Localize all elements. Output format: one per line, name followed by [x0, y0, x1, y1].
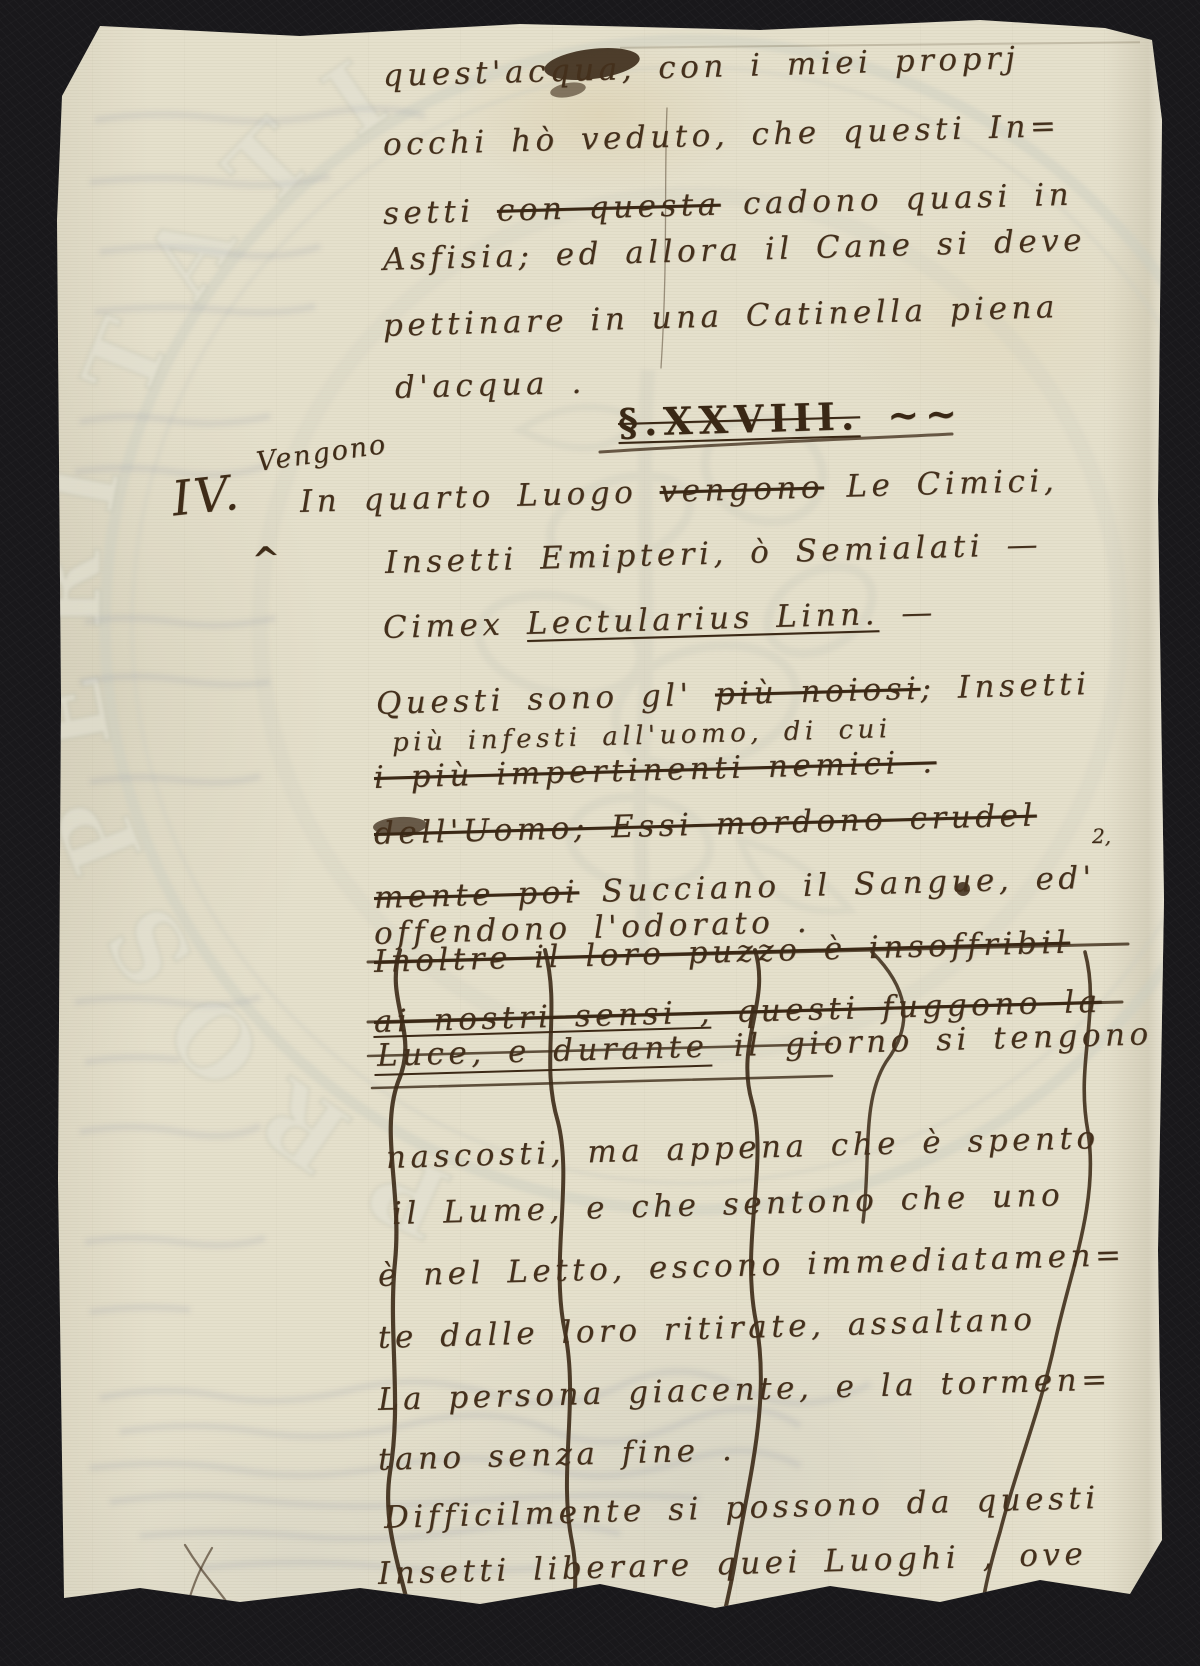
handwritten-text: La persona giacente, e la tormen= — [377, 1362, 1112, 1418]
handwritten-text: Luce, e durante — [373, 1027, 712, 1076]
handwritten-text: ; Insetti — [920, 666, 1091, 707]
struck-text: dell'Uomo; Essi mordono crudel — [373, 797, 1037, 851]
handwritten-text: d'acqua . — [394, 365, 586, 406]
handwritten-text: Le Cimici, — [823, 463, 1058, 506]
handwritten-text: Asfisia; ed allora il Cane si deve — [382, 222, 1086, 278]
handwritten-text: pettinare in una Catinella piena — [382, 289, 1059, 344]
catchword: una — [1008, 1590, 1063, 1620]
handwritten-text: è nel Letto, escono immediatamen= — [377, 1237, 1125, 1294]
handwritten-text: Insetti liberare quei Luoghi , ove — [377, 1536, 1087, 1592]
manuscript-line: Asfisia; ed allora il Cane si deve — [382, 222, 1086, 278]
caret-mark: ^ — [251, 539, 282, 581]
manuscript-line: nascosti, ma appena che è spento — [385, 1120, 1100, 1176]
struck-text: vengono — [659, 469, 824, 510]
handwritten-text: — — [878, 595, 937, 633]
struck-text: più noiosi — [714, 671, 921, 713]
struck-text: con questa — [496, 187, 721, 229]
scan-background: ITATIREPSORP — [0, 0, 1200, 1666]
handwritten-text: cadono quasi in — [720, 177, 1073, 223]
struck-text: §.XXVIII. — [617, 393, 860, 445]
handwritten-text: quest'acqua, con i miei proprj — [382, 40, 1019, 94]
manuscript-line: In quarto Luogo vengono Le Cimici, — [299, 463, 1058, 520]
manuscript-line: tano senza fine . — [377, 1432, 736, 1478]
handwritten-text: nascosti, ma appena che è spento — [385, 1120, 1100, 1176]
handwritten-text: Lectularius Linn. — [526, 596, 879, 642]
struck-text: mente poi — [373, 874, 579, 916]
manuscript-line: quest'acqua, con i miei proprj — [382, 40, 1019, 94]
manuscript-line: Cimex Lectularius Linn. — — [382, 595, 937, 646]
manuscript-paper: ITATIREPSORP — [0, 0, 1200, 1666]
section-heading: §.XXVIII. ~~ — [617, 390, 963, 445]
handwritten-text: Insetti Emipteri, ò Semialati — — [384, 527, 1042, 581]
manuscript-line: Insetti liberare quei Luoghi , ove — [377, 1536, 1087, 1592]
handwritten-text: Succiano il Sangue, ed' — [579, 860, 1096, 910]
manuscript-line: è nel Letto, escono immediatamen= — [377, 1237, 1125, 1294]
handwritten-text: occhi hò veduto, che questi In= — [382, 108, 1060, 163]
handwritten-text: te dalle loro ritirate, assaltano — [377, 1302, 1036, 1356]
manuscript-line: La persona giacente, e la tormen= — [377, 1362, 1112, 1418]
margin-numeral: IV. — [169, 465, 244, 528]
manuscript-line: il Lume, e che sentono che uno — [391, 1177, 1064, 1232]
manuscript-line: setti con questa cadono quasi in — [382, 177, 1073, 232]
handwritten-text: Questi sono gl' — [375, 677, 715, 722]
manuscript-text: quest'acqua, con i miei proprjocchi hò v… — [0, 0, 1200, 1666]
manuscript-line: d'acqua . — [394, 365, 586, 406]
manuscript-line: Insetti Emipteri, ò Semialati — — [384, 527, 1042, 581]
handwritten-text: tano senza fine . — [377, 1432, 736, 1478]
manuscript-line: te dalle loro ritirate, assaltano — [377, 1302, 1036, 1356]
manuscript-line: dell'Uomo; Essi mordono crudel — [373, 797, 1037, 851]
correction-superscript: 2, — [1092, 824, 1111, 848]
manuscript-line: occhi hò veduto, che questi In= — [382, 108, 1060, 163]
handwritten-text: Difficilmente si possono da questi — [383, 1480, 1100, 1536]
handwritten-text: il Lume, e che sentono che uno — [391, 1177, 1064, 1232]
manuscript-line: Difficilmente si possono da questi — [383, 1480, 1100, 1536]
handwritten-text: ~~ — [859, 390, 963, 438]
manuscript-line: Questi sono gl' più noiosi; Insetti — [375, 666, 1090, 722]
handwritten-text: setti — [382, 193, 497, 232]
handwritten-text: In quarto Luogo — [299, 474, 660, 520]
manuscript-line: pettinare in una Catinella piena — [382, 289, 1059, 344]
handwritten-text: Cimex — [382, 606, 527, 646]
